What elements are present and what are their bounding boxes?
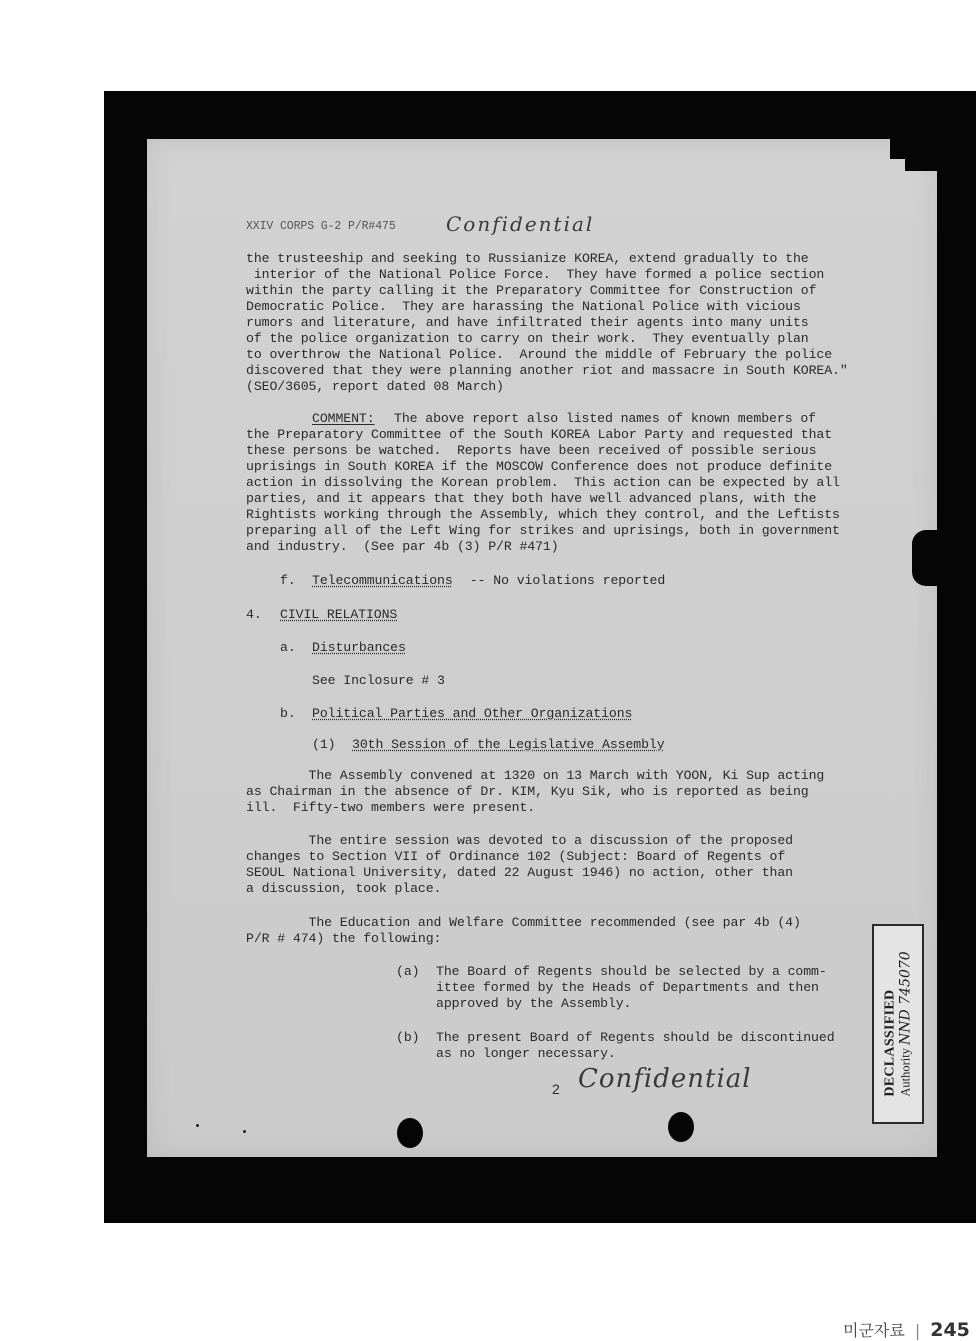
book-page-number: 245: [930, 1319, 970, 1336]
torn-corner: [905, 159, 937, 171]
footer-separator: |: [915, 1321, 920, 1336]
authority-value: NND 745070: [898, 951, 914, 1045]
item-title: Telecommunications: [312, 573, 453, 589]
handwritten-confidential-bottom: Confidential: [578, 1064, 752, 1094]
punch-hole-right: [668, 1112, 694, 1142]
punch-hole-left: [397, 1118, 423, 1148]
document-header: XXIV CORPS G-2 P/R#475: [246, 219, 396, 235]
handwritten-confidential-top: Confidential: [446, 212, 594, 236]
item-title: 30th Session of the Legislative Assembly: [352, 737, 665, 753]
section-title: CIVIL RELATIONS: [280, 607, 397, 623]
book-footer: 미군자료|245: [843, 1318, 970, 1336]
comment-label: COMMENT:: [312, 411, 375, 427]
edge-notch: [912, 530, 937, 586]
item-title: Political Parties and Other Organization…: [312, 706, 632, 722]
declassified-title: DECLASSIFIED: [883, 951, 899, 1096]
document-page-number: 2: [552, 1081, 560, 1097]
torn-corner: [890, 139, 937, 159]
paper-speck: [243, 1130, 246, 1133]
paper-speck: [196, 1124, 199, 1127]
book-section-label: 미군자료: [843, 1321, 905, 1336]
declassified-stamp: DECLASSIFIED Authority NND 745070: [872, 924, 924, 1124]
authority-label: Authority: [899, 1048, 913, 1097]
item-title: Disturbances: [312, 640, 406, 656]
